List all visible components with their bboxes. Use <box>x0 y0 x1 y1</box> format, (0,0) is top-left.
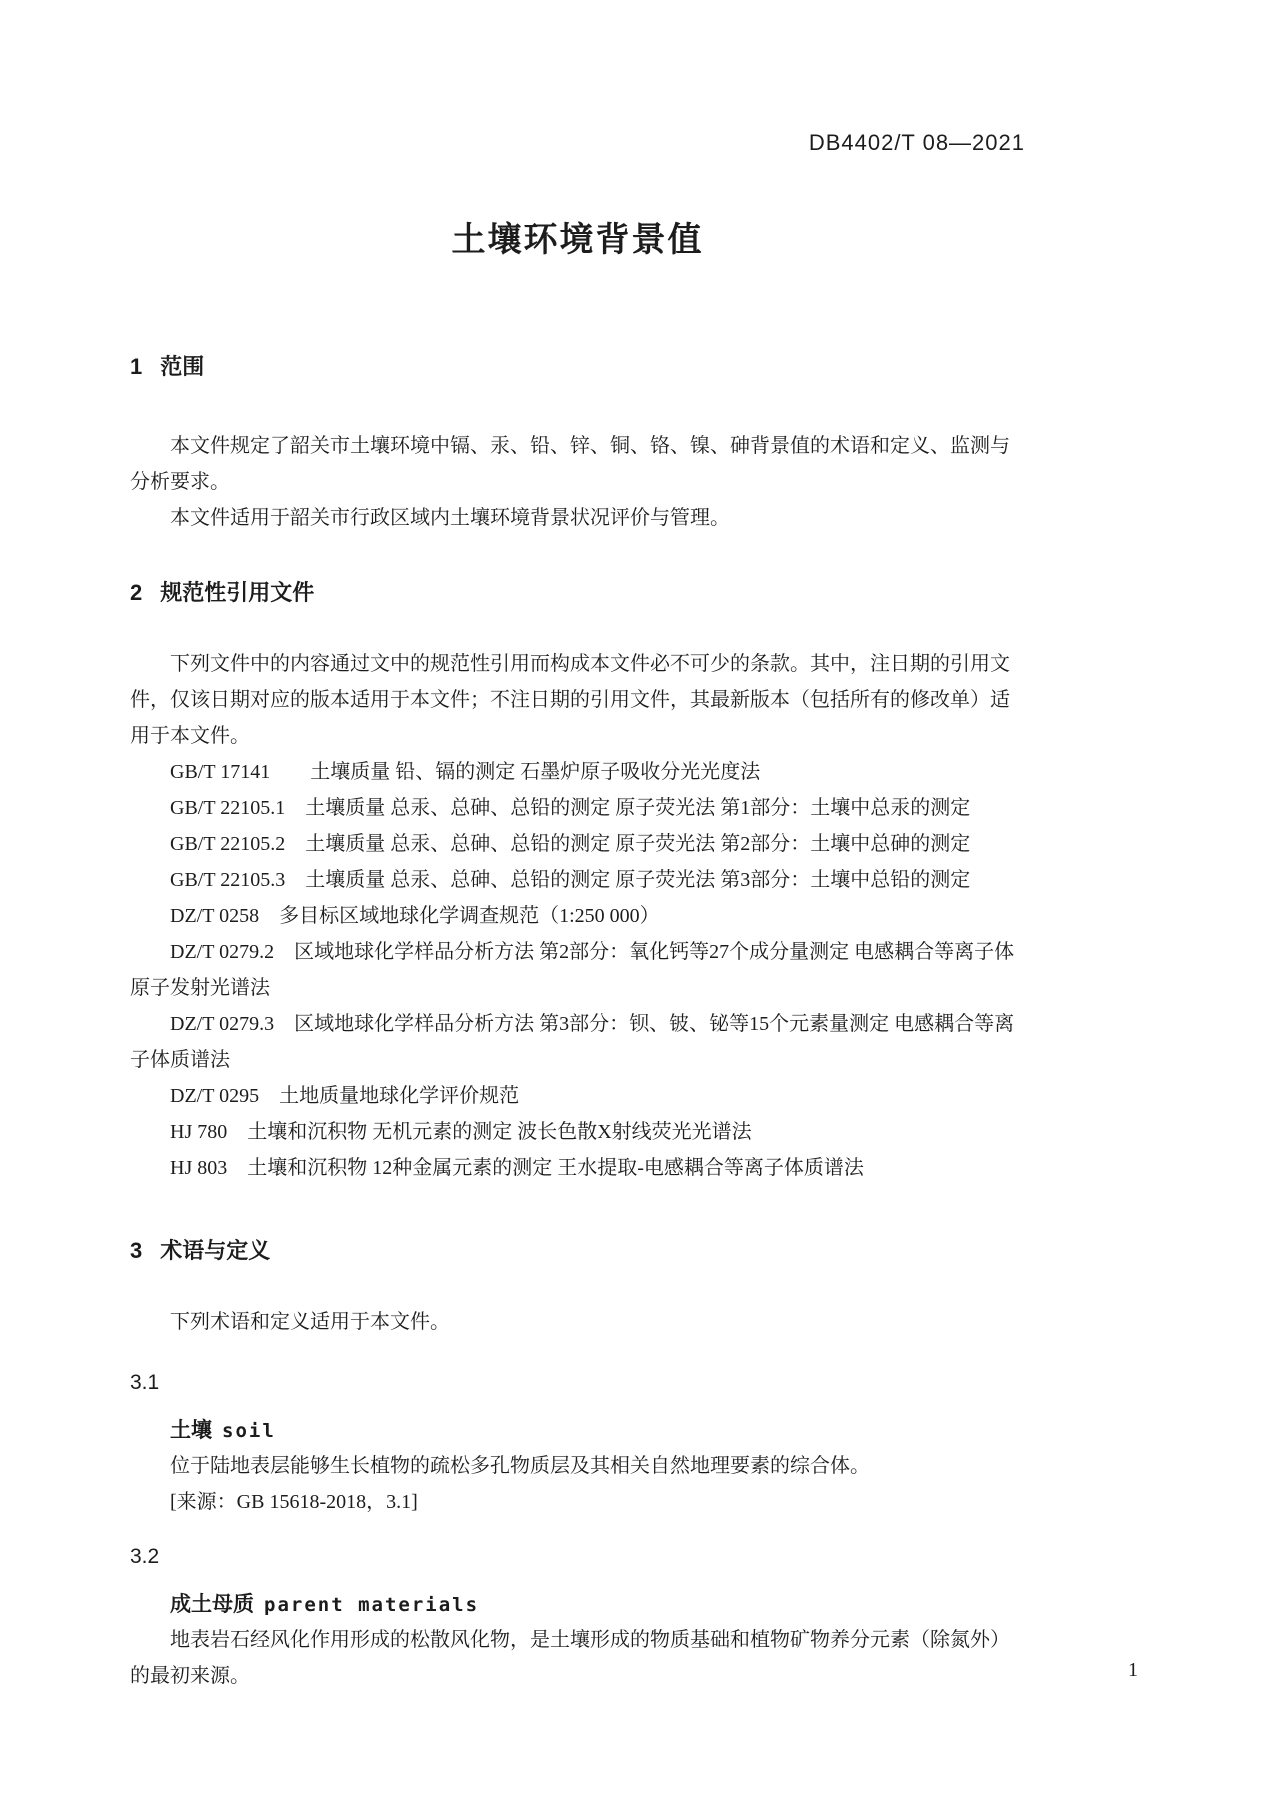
reference-item: GB/T 22105.1 土壤质量 总汞、总砷、总铅的测定 原子荧光法 第1部分… <box>130 790 1025 826</box>
section-3-heading: 3术语与定义 <box>130 1236 1025 1266</box>
document-page: DB4402/T 08—2021 土壤环境背景值 1范围 本文件规定了韶关市土壤… <box>0 0 1280 1810</box>
term-number-3-1: 3.1 <box>130 1368 1025 1398</box>
term-title-zh: 成土母质 <box>170 1593 254 1616</box>
reference-item: DZ/T 0279.2 区域地球化学样品分析方法 第2部分：氧化钙等27个成分量… <box>130 934 1025 1006</box>
section-2-title: 规范性引用文件 <box>160 580 314 605</box>
reference-item: HJ 780 土壤和沉积物 无机元素的测定 波长色散X射线荧光光谱法 <box>130 1114 1025 1150</box>
reference-item: GB/T 17141 土壤质量 铅、镉的测定 石墨炉原子吸收分光光度法 <box>130 754 1025 790</box>
section-3-title: 术语与定义 <box>160 1238 270 1263</box>
reference-item: HJ 803 土壤和沉积物 12种金属元素的测定 王水提取-电感耦合等离子体质谱… <box>130 1150 1025 1186</box>
reference-item: GB/T 22105.2 土壤质量 总汞、总砷、总铅的测定 原子荧光法 第2部分… <box>130 826 1025 862</box>
term-source-soil: [来源：GB 15618-2018，3.1] <box>130 1484 1025 1520</box>
doc-code: DB4402/T 08—2021 <box>130 130 1025 156</box>
reference-item: DZ/T 0258 多目标区域地球化学调查规范（1:250 000） <box>130 898 1025 934</box>
term-definition-soil: 位于陆地表层能够生长植物的疏松多孔物质层及其相关自然地理要素的综合体。 <box>130 1448 1025 1484</box>
page-number: 1 <box>1128 1652 1138 1688</box>
term-title-zh: 土壤 <box>170 1419 212 1442</box>
section-2-heading: 2规范性引用文件 <box>130 578 1025 608</box>
term-title-en: parent materials <box>264 1594 479 1616</box>
reference-item: GB/T 22105.3 土壤质量 总汞、总砷、总铅的测定 原子荧光法 第3部分… <box>130 862 1025 898</box>
section-1-title: 范围 <box>160 354 204 379</box>
section-1-number: 1 <box>130 354 142 379</box>
reference-item: DZ/T 0279.3 区域地球化学样品分析方法 第3部分：钡、铍、铋等15个元… <box>130 1006 1025 1078</box>
section-3-number: 3 <box>130 1238 142 1263</box>
section-2-number: 2 <box>130 580 142 605</box>
section-1-heading: 1范围 <box>130 352 1025 382</box>
term-title-soil: 土壤soil <box>130 1414 1025 1448</box>
term-title-parent-materials: 成土母质parent materials <box>130 1588 1025 1622</box>
section-1-paragraph-1: 本文件规定了韶关市土壤环境中镉、汞、铅、锌、铜、铬、镍、砷背景值的术语和定义、监… <box>130 428 1025 500</box>
section-2-intro: 下列文件中的内容通过文中的规范性引用而构成本文件必不可少的条款。其中，注日期的引… <box>130 646 1025 754</box>
term-definition-parent-materials: 地表岩石经风化作用形成的松散风化物，是土壤形成的物质基础和植物矿物养分元素（除氮… <box>130 1622 1025 1694</box>
term-title-en: soil <box>222 1420 276 1442</box>
page-title: 土壤环境背景值 <box>130 218 1025 262</box>
section-3-intro: 下列术语和定义适用于本文件。 <box>130 1304 1025 1340</box>
normative-references-list: GB/T 17141 土壤质量 铅、镉的测定 石墨炉原子吸收分光光度法 GB/T… <box>130 754 1025 1186</box>
reference-item: DZ/T 0295 土地质量地球化学评价规范 <box>130 1078 1025 1114</box>
section-1-paragraph-2: 本文件适用于韶关市行政区域内土壤环境背景状况评价与管理。 <box>130 500 1025 536</box>
term-number-3-2: 3.2 <box>130 1542 1025 1572</box>
